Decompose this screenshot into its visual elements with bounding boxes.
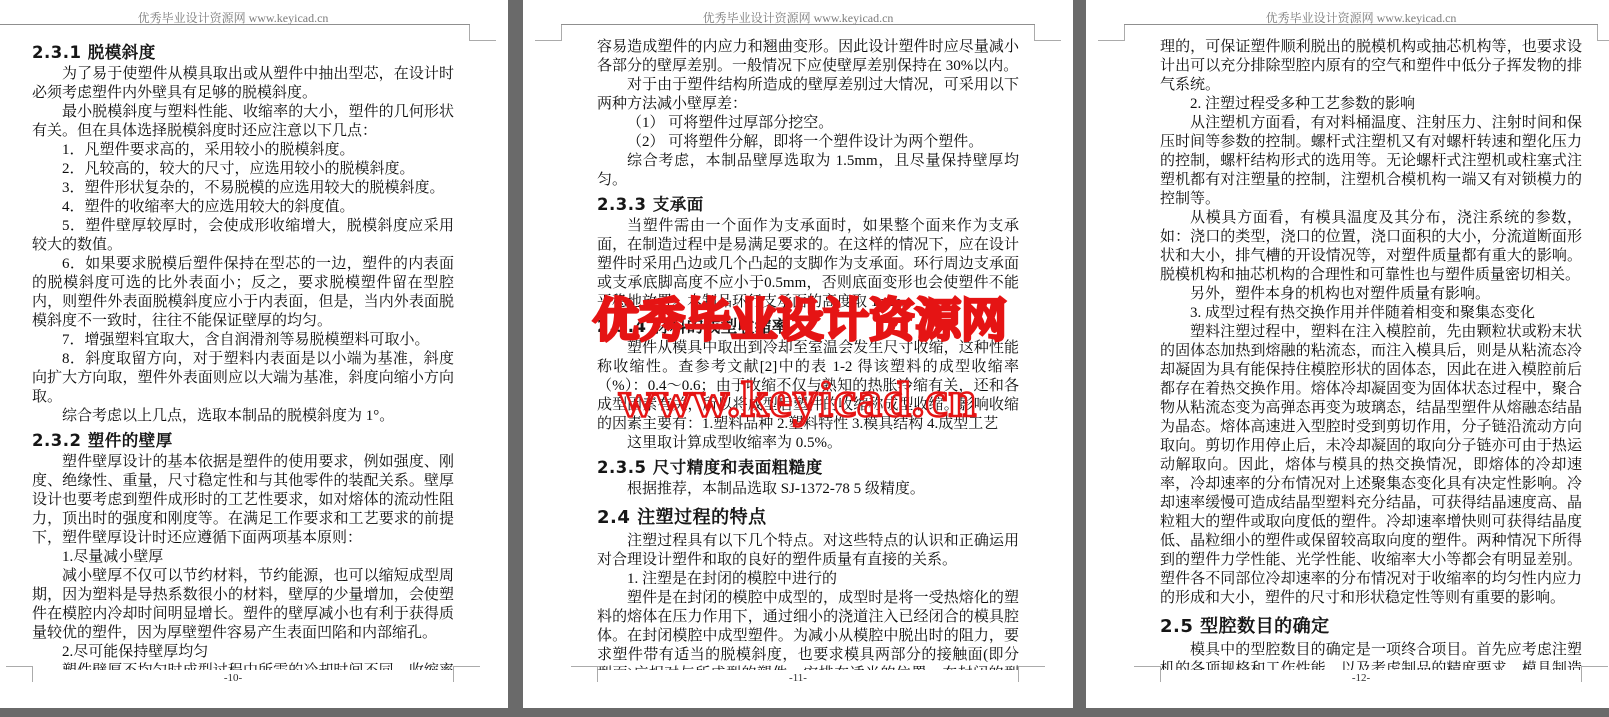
paragraph: 8．斜度取留方向，对于塑料内表面是以小端为基准，斜度向扩大方向取，塑件外表面则应…	[32, 350, 454, 407]
paragraph: 1.尽量减小壁厚	[32, 548, 454, 567]
paragraph: 综合考虑以上几点，选取本制品的脱模斜度为 1°。	[32, 407, 454, 426]
paragraph: 最小脱模斜度与塑料性能、收缩率的大小，塑件的几何形状有关。但在具体选择脱模斜度时…	[32, 103, 454, 141]
paragraph: （1） 可将塑件过厚部分挖空。	[597, 114, 1019, 133]
text-boundary-mark	[535, 25, 562, 41]
page-header: 优秀毕业设计资源网 www.keyicad.cn	[0, 0, 470, 25]
paragraph: 这里取计算成型收缩率为 0.5%。	[597, 434, 1019, 453]
paragraph: 当塑件需由一个面作为支承面时，如果整个面来作为支承面，在制造过程中是易满足要求的…	[597, 217, 1019, 312]
paragraph: 对于由于塑件结构所造成的壁厚差别过大情况，可采用以下两种方法减小壁厚差：	[597, 76, 1019, 114]
paragraph: 塑件从模具中取出到冷却至室温会发生尺寸收缩，这种性能称收缩性。查参考文献[2]中…	[597, 339, 1019, 434]
section-heading: 2.4 注塑过程的特点	[597, 506, 1019, 529]
page-header-text: 优秀毕业设计资源网 www.keyicad.cn	[138, 11, 329, 25]
section-heading: 2.5 型腔数目的确定	[1160, 615, 1582, 638]
page-header-text: 优秀毕业设计资源网 www.keyicad.cn	[703, 11, 894, 25]
text-boundary-mark	[1034, 25, 1061, 41]
page-body: 理的，可保证塑件顺利脱出的脱模机构或抽芯机构等，也要求设计出可以充分排除型腔内原…	[1160, 38, 1582, 670]
paragraph: 容易造成塑件的内应力和翘曲变形。因此设计塑件时应尽量减小各部分的壁厚差别。一般情…	[597, 38, 1019, 76]
page-body: 2.3.1 脱模斜度为了易于使塑件从模具取出或从塑件中抽出型芯，在设计时必须考虑…	[32, 38, 454, 670]
paragraph: 理的，可保证塑件顺利脱出的脱模机构或抽芯机构等，也要求设计出可以充分排除型腔内原…	[1160, 38, 1582, 95]
paragraph: 为了易于使塑件从模具取出或从塑件中抽出型芯，在设计时必须考虑塑件内外壁具有足够的…	[32, 65, 454, 103]
paragraph: 综合考虑，本制品壁厚选取为 1.5mm，且尽量保持壁厚均匀。	[597, 152, 1019, 190]
paragraph: 6．如果要求脱模后塑件保持在型芯的一边，塑件的内表面的脱模斜度可选的比外表面小；…	[32, 255, 454, 331]
page-number: -11-	[523, 672, 1073, 684]
page-header: 优秀毕业设计资源网 www.keyicad.cn	[1124, 0, 1598, 25]
section-heading: 2.3.1 脱模斜度	[32, 42, 454, 63]
section-heading: 2.3.5 尺寸精度和表面粗糙度	[597, 457, 1019, 478]
section-heading: 2.3.3 支承面	[597, 194, 1019, 215]
paragraph: 7．增强塑料宜取大，含自润滑剂等易脱模塑料可取小。	[32, 331, 454, 350]
paragraph: （2） 可将塑件分解，即将一个塑件设计为两个塑件。	[597, 133, 1019, 152]
paragraph: 减小壁厚不仅可以节约材料，节约能源，也可以缩短成型周期，因为塑料是导热系数很小的…	[32, 567, 454, 643]
paragraph: 模具中的型腔数目的确定是一项终合项目。首先应考虑注塑机的各项规格和工作性能，以及…	[1160, 641, 1582, 670]
paragraph: 2. 注塑过程受多种工艺参数的影响	[1160, 95, 1582, 114]
text-boundary-mark	[469, 25, 496, 41]
paragraph: 从注塑机方面看，有对料桶温度、注射压力、注射时间和保压时间等参数的控制。螺杆式注…	[1160, 114, 1582, 209]
text-boundary-mark	[1098, 25, 1125, 41]
paragraph: 另外，塑件本身的机构也对塑件质量有影响。	[1160, 285, 1582, 304]
page--10: 优秀毕业设计资源网 www.keyicad.cn 2.3.1 脱模斜度为了易于使…	[0, 0, 508, 708]
paragraph: 3．塑件形状复杂的，不易脱模的应选用较大的脱模斜度。	[32, 179, 454, 198]
paragraph: 3. 成型过程有热交换作用并伴随着相变和聚集态变化	[1160, 304, 1582, 323]
paragraph: 2．凡较高的，较大的尺寸，应选用较小的脱模斜度。	[32, 160, 454, 179]
paragraph: 4．塑件的收缩率大的应选用较大的斜度值。	[32, 198, 454, 217]
paragraph: 根据推荐，本制品选取 SJ-1372-78 5 级精度。	[597, 480, 1019, 499]
paragraph: 5．塑件壁厚较厚时，会使成形收缩增大，脱模斜度应采用较大的数值。	[32, 217, 454, 255]
paragraph: 1．凡塑件要求高的，采用较小的脱模斜度。	[32, 141, 454, 160]
paragraph: 1. 注塑是在封闭的模腔中进行的	[597, 570, 1019, 589]
paragraph: 2.尽可能保持壁厚均匀	[32, 643, 454, 662]
page-header-text: 优秀毕业设计资源网 www.keyicad.cn	[1266, 11, 1457, 25]
text-boundary-mark	[1597, 25, 1609, 41]
paragraph: 从模具方面看，有模具温度及其分布，浇注系统的参数，如：浇口的类型，浇口的位置，浇…	[1160, 209, 1582, 285]
section-heading: 2.3.2 塑件的壁厚	[32, 430, 454, 451]
page-header: 优秀毕业设计资源网 www.keyicad.cn	[561, 0, 1035, 25]
page-body: 容易造成塑件的内应力和翘曲变形。因此设计塑件时应尽量减小各部分的壁厚差别。一般情…	[597, 38, 1019, 670]
page-separator	[1073, 0, 1086, 717]
paragraph: 塑件壁厚不均匀时成型过程中所需的冷却时间不同，收缩率也不同，	[32, 662, 454, 670]
page--12: 优秀毕业设计资源网 www.keyicad.cn 理的，可保证塑件顺利脱出的脱模…	[1086, 0, 1609, 708]
document-viewer: 优秀毕业设计资源网 www.keyicad.cn 2.3.1 脱模斜度为了易于使…	[0, 0, 1609, 717]
paragraph: 塑件是在封闭的模腔中成型的，成型时是将一受热熔化的塑料的熔体在压力作用下，通过细…	[597, 589, 1019, 670]
section-heading: 2.3.4 材料的成型收缩率	[597, 316, 1019, 337]
page-number: -10-	[0, 672, 508, 684]
paragraph: 注塑过程具有以下几个特点。对这些特点的认识和正确运用对合理设计塑件和取的良好的塑…	[597, 532, 1019, 570]
page--11: 优秀毕业设计资源网 www.keyicad.cn 容易造成塑件的内应力和翘曲变形…	[523, 0, 1073, 708]
page-number: -12-	[1086, 672, 1609, 684]
page-separator	[508, 0, 523, 717]
paragraph: 塑件壁厚设计的基本依据是塑件的使用要求，例如强度、刚度、绝缘性、重量，尺寸稳定性…	[32, 453, 454, 548]
paragraph: 塑料注塑过程中，塑料在注入模腔前，先由颗粒状或粉末状的固体态加热到熔融的粘流态，…	[1160, 323, 1582, 608]
